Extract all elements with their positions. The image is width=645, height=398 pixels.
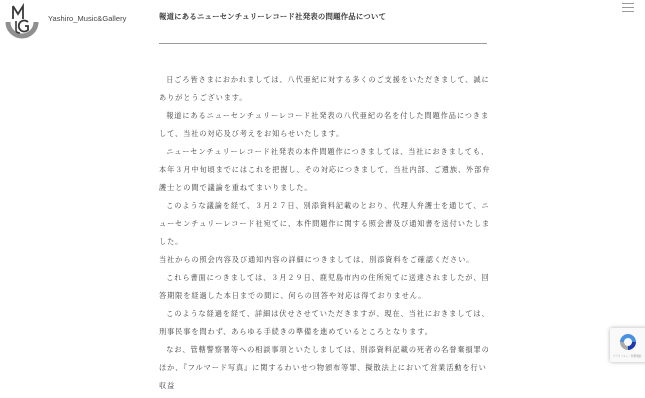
paragraph: 当社からの照会内容及び通知内容の詳細につきましては、別添資料をご確認ください。: [159, 251, 491, 269]
paragraph: ニューセンチュリーレコード社発表の本件問題作につきましては、当社におきましても、…: [159, 143, 491, 197]
paragraph: このような経過を経て、詳細は伏せさせていただきますが、現在、当社におきましては、…: [159, 305, 491, 341]
menu-line: [622, 11, 634, 12]
paragraph: 報道にあるニューセンチュリーレコード社発表の八代亜紀の名を付した問題作品につきま…: [159, 107, 491, 143]
brand-name[interactable]: Yashiro_Music&Gallery: [48, 14, 126, 23]
paragraph: これら書面につきましては、３月２９日、鹿児島市内の住所宛てに送達されましたが、回…: [159, 269, 491, 305]
recaptcha-badge[interactable]: プライバシー・利用規約: [610, 328, 645, 362]
article-title: 報道にあるニューセンチュリーレコード社発表の問題作品について: [159, 11, 499, 22]
recaptcha-icon: [618, 332, 638, 352]
menu-line: [622, 7, 634, 8]
hamburger-menu-button[interactable]: [622, 2, 636, 13]
paragraph: なお、管轄警察署等への相談事項といたしましては、別添資料記載の死者の名誉棄損罪の…: [159, 341, 491, 395]
paragraph: 日ごろ皆さまにおかれましては、八代亜紀に対する多くのご支援をいただきまして、誠に…: [159, 71, 491, 107]
title-divider: [159, 43, 487, 44]
paragraph: このような議論を経て、３月２７日、別添資料記載のとおり、代理人弁護士を通じて、ニ…: [159, 197, 491, 251]
menu-line: [622, 3, 634, 4]
yashiro-logo-icon[interactable]: [4, 2, 40, 40]
article-body: 日ごろ皆さまにおかれましては、八代亜紀に対する多くのご支援をいただきまして、誠に…: [159, 71, 491, 395]
recaptcha-label[interactable]: プライバシー・利用規約: [613, 354, 641, 358]
